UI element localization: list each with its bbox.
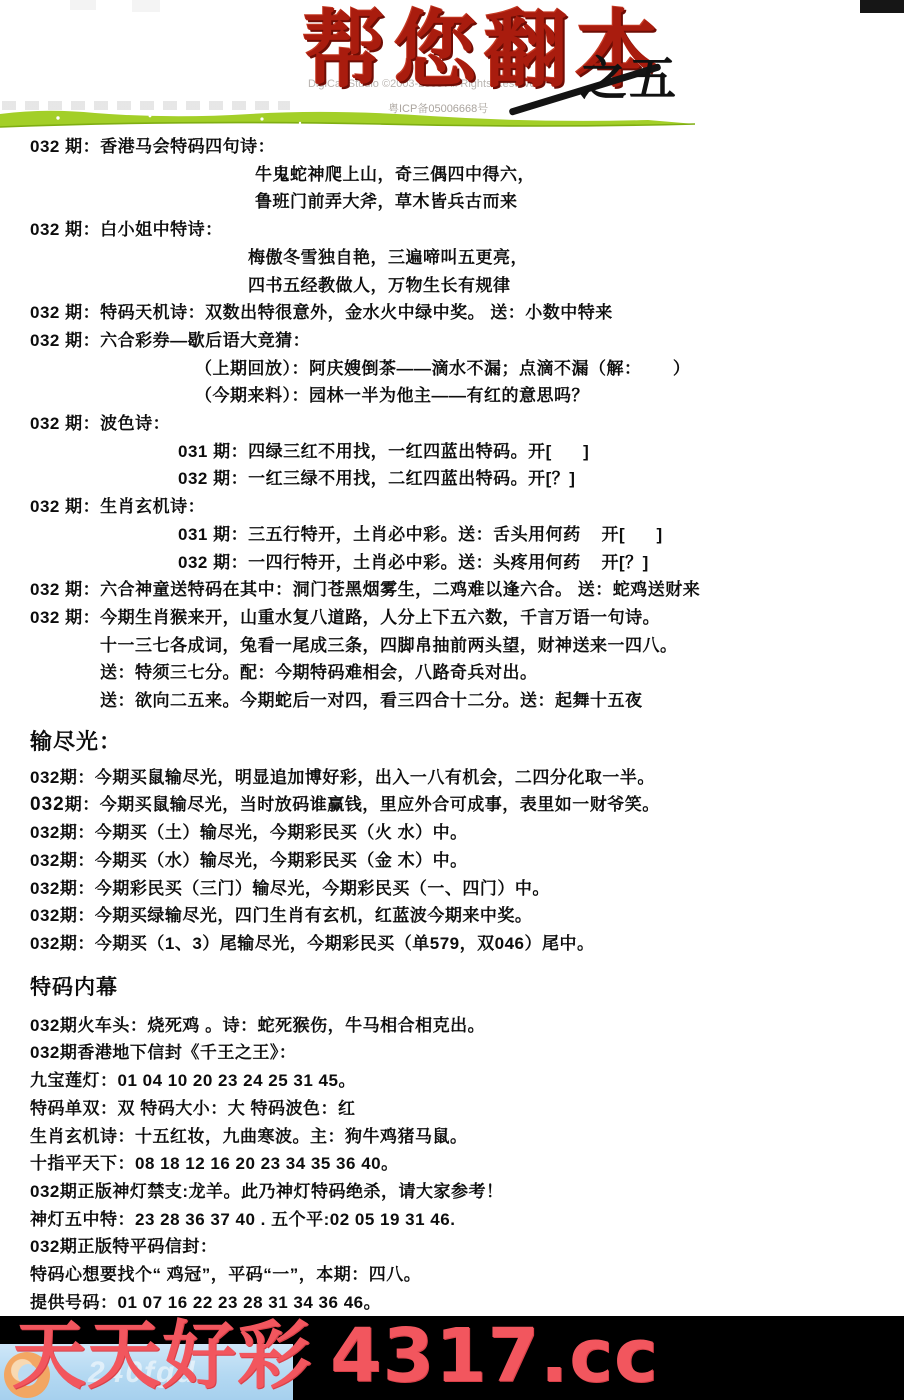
text-line: 032 期：波色诗： [0, 410, 904, 438]
text-line: 送：欲向二五来。今期蛇后一对四，看三四合十二分。送：起舞十五夜 [0, 687, 904, 715]
text-line: 九宝莲灯：01 04 10 20 23 24 25 31 45。 [0, 1067, 904, 1095]
text-line: 032期火车头：烧死鸡 。诗：蛇死猴伤，牛马相合相克出。 [0, 1012, 904, 1040]
issue-number-emphasis: 032 [30, 794, 65, 815]
corner-mark [860, 0, 904, 13]
text-line: 032期：今期买鼠输尽光，当时放码谁赢钱，里应外合可成事，表里如一财爷笑。 [0, 791, 904, 819]
text-line: 神灯五中特：23 28 36 37 40 . 五个平:02 05 19 31 4… [0, 1206, 904, 1234]
text-line: 032 期：一四行特开，土肖必中彩。送：头疼用何药 开[？] [0, 549, 904, 577]
tips-text-body: 032 期：香港马会特码四句诗：牛鬼蛇神爬上山，奇三偶四中得六，鲁班门前弄大斧，… [0, 133, 904, 1316]
text-line: 031 期：四绿三红不用找，一红四蓝出特码。开[ ] [0, 438, 904, 466]
text-line: 特码单双：双 特码大小：大 特码波色：红 [0, 1095, 904, 1123]
text-line: 提供号码：01 07 16 22 23 28 31 34 36 46。 [0, 1289, 904, 1317]
scan-smudge [70, 0, 96, 10]
text-line: 十一三七各成词，兔看一尾成三条，四脚帛抽前两头望，财神送来一四八。 [0, 632, 904, 660]
text-line: 032 期：一红三绿不用找，二红四蓝出特码。开[？] [0, 465, 904, 493]
footer-site-title: 天天好彩4317.cc [12, 1316, 902, 1400]
text-line: 032 期：六合彩券—歇后语大竞猜： [0, 327, 904, 355]
text-line: 十指平天下：08 18 12 16 20 23 34 35 36 40。 [0, 1150, 904, 1178]
text-line: 032期：今期买鼠输尽光，明显追加博好彩，出入一八有机会，二四分化取一半。 [0, 764, 904, 792]
text-line: （上期回放）：阿庆嫂倒茶——滴水不漏；点滴不漏（解： ） [0, 355, 904, 383]
text-line: 特码心想要找个“ 鸡冠”，平码“一”，本期：四八。 [0, 1261, 904, 1289]
text-line: 032期香港地下信封《千王之王》： [0, 1039, 904, 1067]
text-line: 032期：今期彩民买（三门）输尽光，今期彩民买（一、四门）中。 [0, 875, 904, 903]
text-line: 鲁班门前弄大斧，草木皆兵古而来 [0, 188, 904, 216]
text-line: 032 期：六合神童送特码在其中：洞门苍黑烟雾生，二鸡难以逢六合。 送：蛇鸡送财… [0, 576, 904, 604]
text-line: 梅傲冬雪独自艳，三遍啼叫五更亮， [0, 244, 904, 272]
text-line: 031 期：三五行特开，土肖必中彩。送：舌头用何药 开[ ] [0, 521, 904, 549]
text-line: 032 期：生肖玄机诗： [0, 493, 904, 521]
footer-banner: 240fgd 天天好彩4317.cc [0, 1316, 904, 1400]
page: DigiCar Studio ©2003-2005 All Rights Res… [0, 0, 904, 1400]
text-line: 032期：今期买（1、3）尾输尽光，今期彩民买（单579，双046）尾中。 [0, 930, 904, 958]
text-line: 032 期：特码天机诗：双数出特很意外，金水火中绿中奖。 送：小数中特来 [0, 299, 904, 327]
text-line: 032 期：白小姐中特诗： [0, 216, 904, 244]
text-line: 032期正版特平码信封： [0, 1233, 904, 1261]
text-line: 032 期：今期生肖猴来开，山重水复八道路，人分上下五六数，千言万语一句诗。 [0, 604, 904, 632]
site-domain-link[interactable]: 4317.cc [330, 1316, 659, 1399]
text-line: 032期正版神灯禁支:龙羊。此乃神灯特码绝杀，请大家参考！ [0, 1178, 904, 1206]
text-line: 032期：今期买绿输尽光，四门生肖有玄机，红蓝波今期来中奖。 [0, 902, 904, 930]
text-line: （今期来料）：园林一半为他主——有红的意思吗？ [0, 382, 904, 410]
text-line: 032 期：香港马会特码四句诗： [0, 133, 904, 161]
text-line: 032期：今期买（水）输尽光，今期彩民买（金 木）中。 [0, 847, 904, 875]
green-divider [0, 108, 710, 132]
text-line: 四书五经教做人，万物生长有规律 [0, 272, 904, 300]
page-title-suffix: 之五 [580, 42, 678, 109]
scan-smudge [132, 0, 160, 12]
section-heading: 输尽光： [30, 725, 904, 756]
site-name: 天天好彩 [12, 1316, 312, 1397]
text-line: 送：特须三七分。配：今期特码难相会，八路奇兵对出。 [0, 659, 904, 687]
text-line: 生肖玄机诗：十五红妆，九曲寒波。主：狗牛鸡猪马鼠。 [0, 1123, 904, 1151]
text-line: 牛鬼蛇神爬上山，奇三偶四中得六， [0, 161, 904, 189]
text-line: 032期：今期买（土）输尽光，今期彩民买（火 水）中。 [0, 819, 904, 847]
section-heading: 特码内幕 [30, 971, 904, 1001]
